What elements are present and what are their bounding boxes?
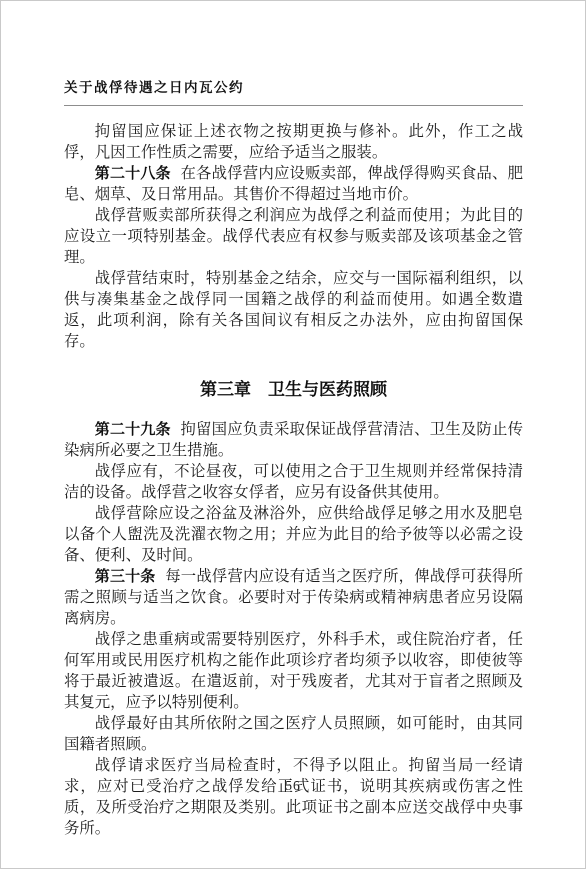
running-header: 关于战俘待遇之日内瓦公约 — [64, 79, 523, 106]
article-number: 第二十九条 — [95, 421, 171, 438]
paragraph: 第二十八条在各战俘营内应设贩卖部，俾战俘得购买食品、肥皂、烟草、及日常用品。其售… — [64, 163, 523, 205]
document-body: 拘留国应保证上述衣物之按期更换与修补。此外，作工之战俘，凡因工作性质之需要，应给… — [64, 121, 523, 839]
paragraph: 拘留国应保证上述衣物之按期更换与修补。此外，作工之战俘，凡因工作性质之需要，应给… — [64, 121, 523, 163]
article-number: 第二十八条 — [95, 165, 171, 182]
article-number: 第三十条 — [95, 568, 156, 585]
paragraph: 战俘营贩卖部所获得之利润应为战俘之利益而使用；为此目的应设立一项特别基金。战俘代… — [64, 205, 523, 268]
paragraph: 战俘最好由其所依附之国之医疗人员照顾，如可能时，由其同国籍者照顾。 — [64, 713, 523, 755]
paragraph: 战俘请求医疗当局检查时，不得予以阻止。拘留当局一经请求，应对已受治疗之战俘发给正… — [64, 755, 523, 839]
document-page: 关于战俘待遇之日内瓦公约 拘留国应保证上述衣物之按期更换与修补。此外，作工之战俘… — [0, 0, 586, 869]
running-header-title: 关于战俘待遇之日内瓦公约 — [64, 79, 523, 106]
chapter-number: 第三章 — [200, 380, 251, 399]
paragraph: 第三十条每一战俘营内应设有适当之医疗所，俾战俘可获得所需之照顾与适当之饮食。必要… — [64, 566, 523, 629]
paragraph: 战俘营除应设之浴盆及淋浴外，应供给战俘足够之用水及肥皂以备个人盥洗及洗濯衣物之用… — [64, 503, 523, 566]
chapter-title: 卫生与医药照顾 — [268, 380, 387, 399]
paragraph: 战俘之患重病或需要特别医疗，外科手术，或住院治疗者，任何军用或民用医疗机构之能作… — [64, 629, 523, 713]
chapter-heading: 第三章卫生与医药照顾 — [64, 378, 523, 402]
page-number: 56 — [1, 778, 585, 794]
paragraph: 战俘应有，不论昼夜，可以使用之合于卫生规则并经常保持清洁的设备。战俘营之收容女俘… — [64, 461, 523, 503]
paragraph: 第二十九条拘留国应负责采取保证战俘营清洁、卫生及防止传染病所必要之卫生措施。 — [64, 419, 523, 461]
paragraph: 战俘营结束时，特别基金之结余，应交与一国际福利组织，以供与凑集基金之战俘同一国籍… — [64, 268, 523, 352]
